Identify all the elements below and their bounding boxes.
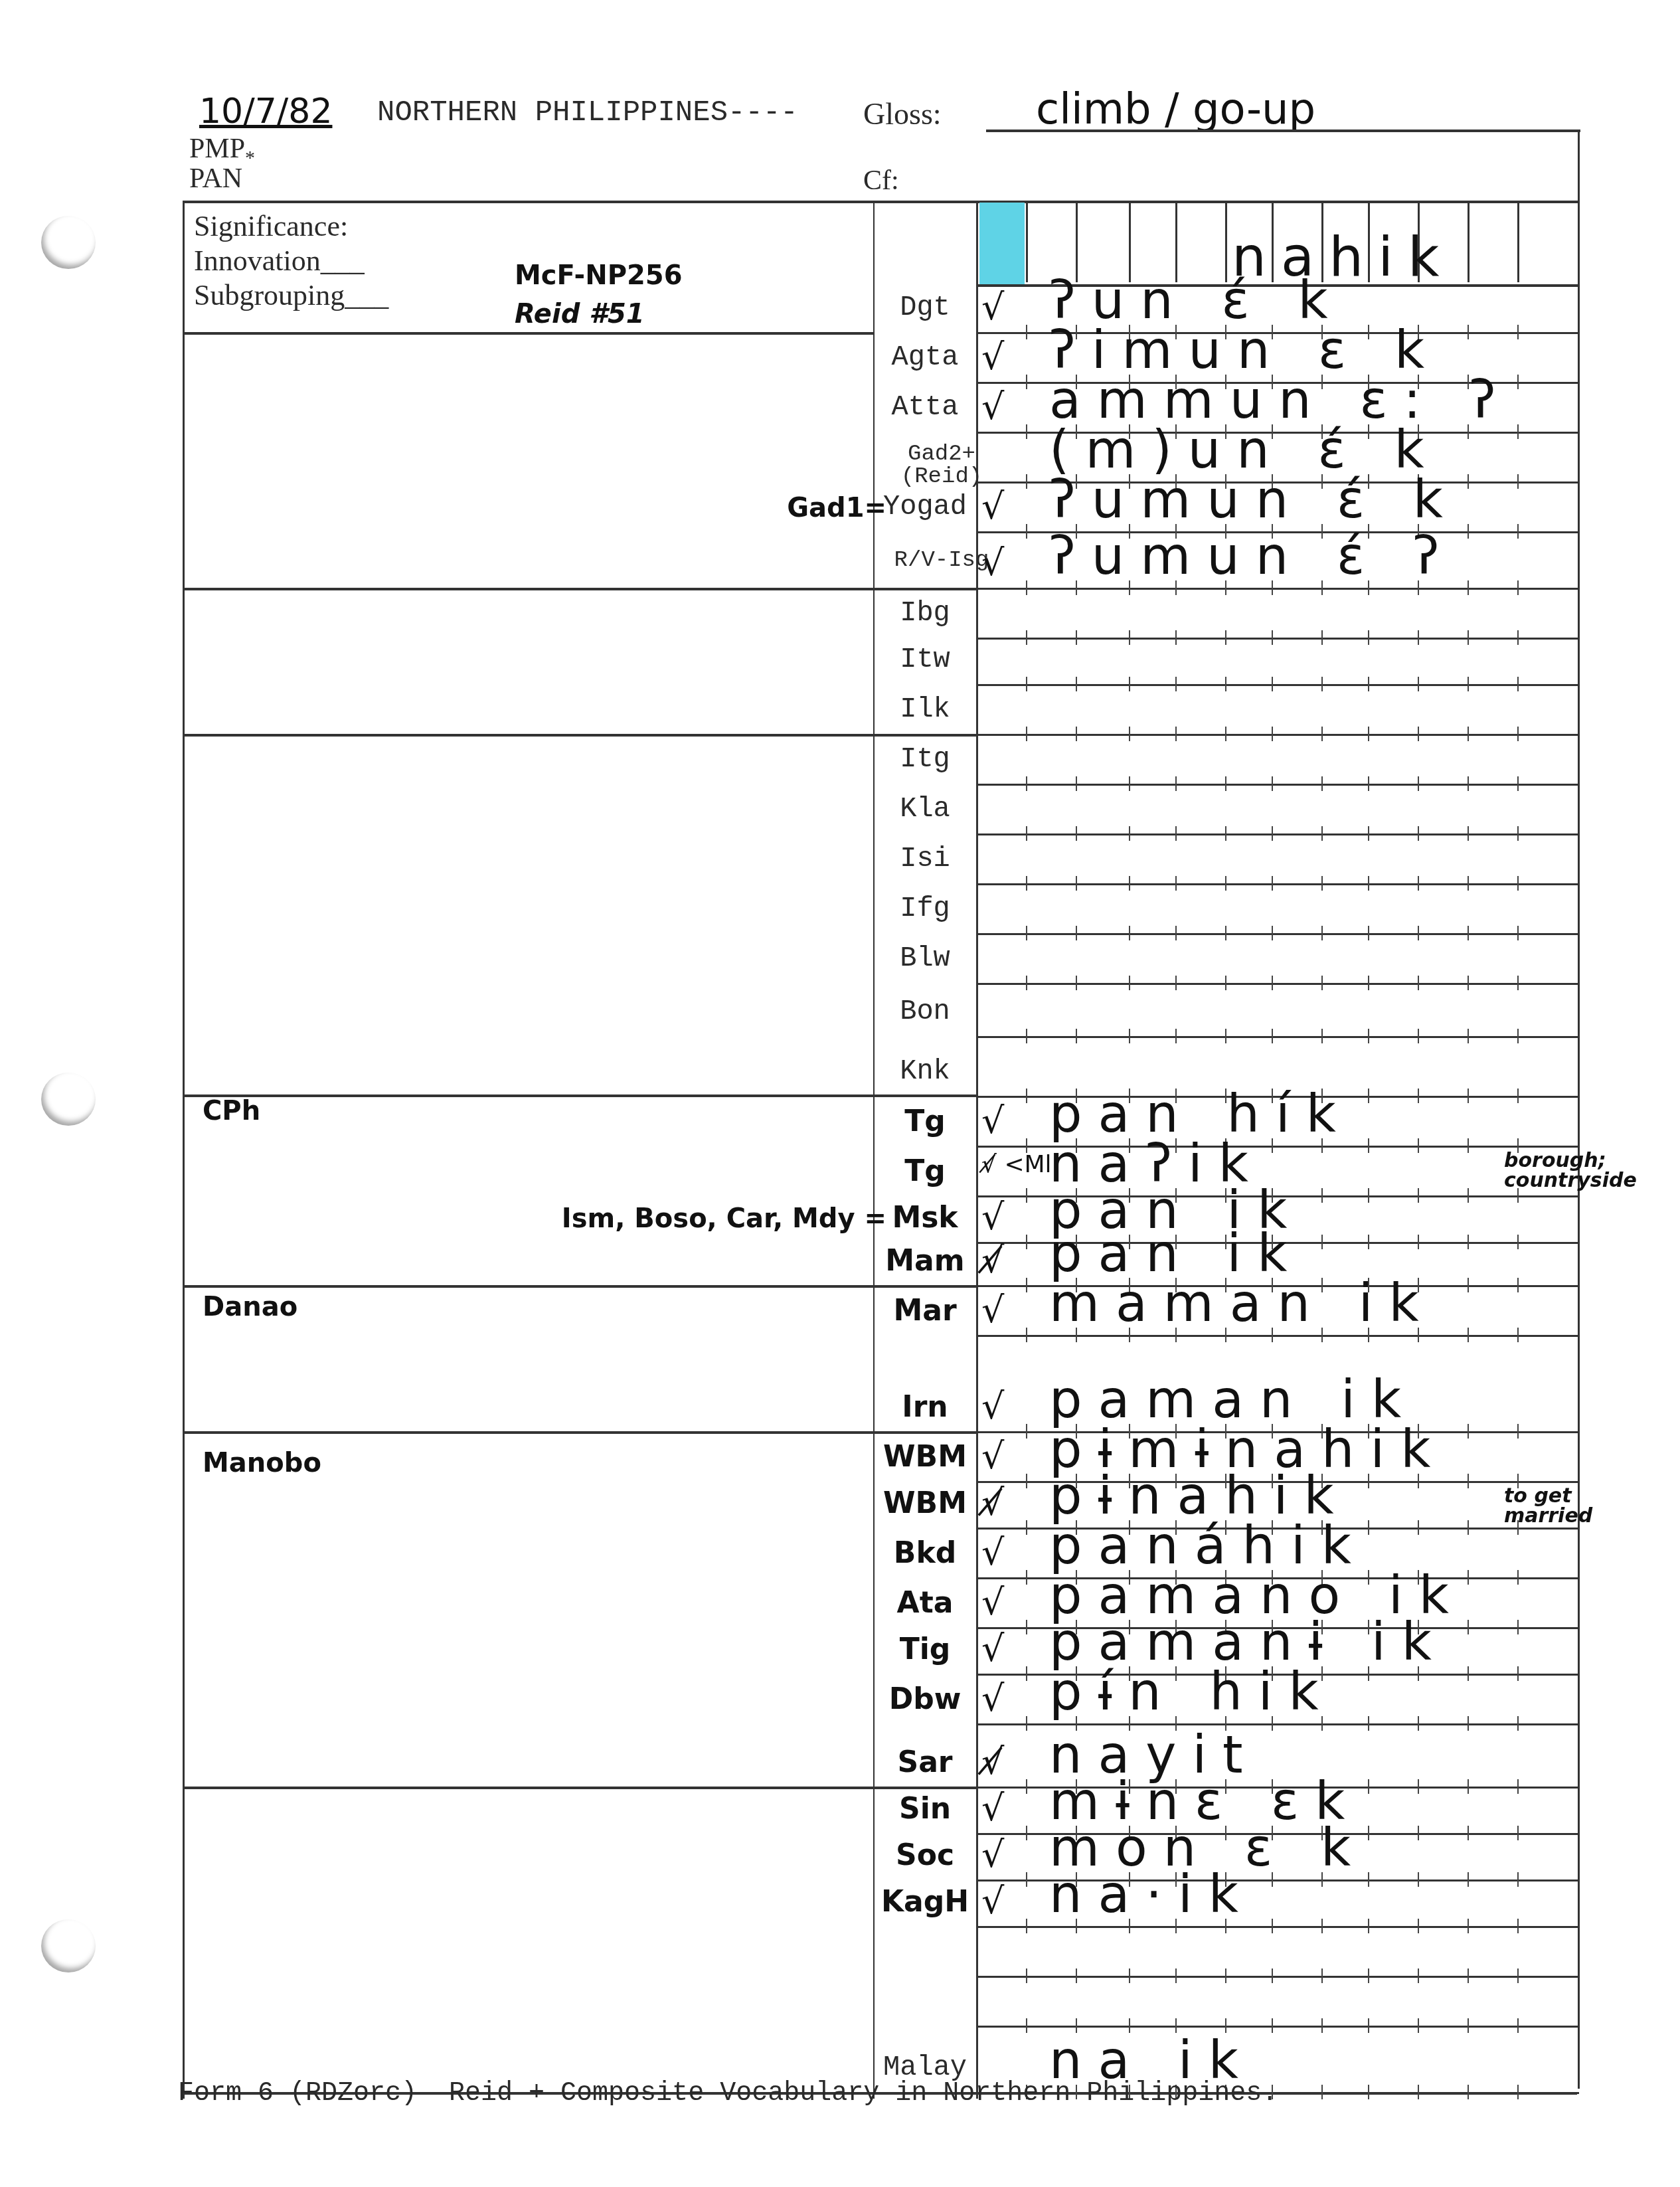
cell-tick [1368,776,1369,791]
cell-tick [1026,1235,1027,1249]
significance-block: Significance: Innovation___ Subgrouping_… [194,209,388,313]
row-line [976,1926,1579,1928]
cell-tick [1418,1968,1419,1983]
cell-tick [1272,826,1273,841]
row-line [976,2026,1579,2028]
cell-tick [1368,826,1369,841]
reflex-form: ammun ɛ: ʔ [1049,375,1511,426]
cell-tick [1026,1968,1027,1983]
cell-tick [1368,1188,1369,1203]
cell-tick [1368,630,1369,645]
cell-tick [1225,630,1226,645]
cell-tick [1418,1826,1419,1840]
cell-tick [1026,630,1027,645]
cell-tick [1517,524,1519,539]
cell-tick [1225,1029,1226,1043]
cell-tick [1321,1919,1323,1933]
cell-tick [1129,677,1130,691]
cell-tick [1026,976,1027,990]
cognate-checkmark[interactable]: √̸ [981,1744,1004,1780]
grid-column-divider [1129,203,1131,282]
language-label: Itw [875,646,975,673]
cell-tick [1368,2018,1369,2033]
cell-tick [1468,1278,1469,1292]
cell-tick [1225,776,1226,791]
cell-tick [1026,1570,1027,1585]
group-label-danao: Danao [203,1292,297,1322]
cognate-checkmark[interactable]: √ [981,290,1004,325]
cell-tick [1468,1328,1469,1342]
reflex-form: pan hík [1049,1089,1352,1140]
pmp-marker: * [245,147,255,169]
cell-tick [1368,1872,1369,1887]
cell-tick [1129,776,1130,791]
cell-tick [1418,1138,1419,1153]
cell-tick [1321,2018,1323,2033]
cell-tick [1468,580,1469,595]
cell-tick [1468,876,1469,891]
cell-tick [1272,976,1273,990]
cognate-checkmark[interactable]: √ [981,1103,1004,1139]
cell-tick [1272,677,1273,691]
row-line [976,1036,1579,1038]
cell-tick [1026,325,1027,339]
cell-tick [1468,727,1469,741]
cell-tick [1076,727,1077,741]
cell-tick [1321,826,1323,841]
cell-tick [1517,1666,1519,1681]
reflex-form: na·ik [1049,1869,1254,1921]
language-label: Yogad [875,493,975,521]
cognate-checkmark[interactable]: √ [981,339,1004,375]
reference-mcf: McF-NP256 [515,260,683,291]
cell-tick [1368,1968,1369,1983]
cell-tick [1026,1872,1027,1887]
cell-tick [1468,1872,1469,1887]
cell-tick [1368,1919,1369,1933]
cell-tick [1517,876,1519,891]
cell-tick [1026,375,1027,389]
cell-tick [1368,2085,1369,2099]
cognate-checkmark[interactable]: √̸ <Ml [981,1153,1052,1177]
language-label: Tg [875,1157,975,1186]
cell-tick [1026,474,1027,489]
cell-tick [1175,776,1177,791]
cell-tick [1517,1779,1519,1794]
cell-tick [1517,1716,1519,1731]
cell-tick [1026,1474,1027,1488]
cell-tick [1517,1235,1519,1249]
cell-tick [1468,474,1469,489]
cell-tick [1026,1826,1027,1840]
cell-tick [1468,1620,1469,1634]
gloss-label: Gloss: [863,96,942,131]
cell-tick [1175,630,1177,645]
language-label: Msk [875,1203,975,1233]
cell-tick [1368,677,1369,691]
cell-tick [1418,1089,1419,1103]
cell-tick [1468,2018,1469,2033]
cell-tick [1026,1620,1027,1634]
cell-tick [1321,776,1323,791]
language-label: Irn [875,1393,975,1422]
cell-tick [1076,677,1077,691]
cell-tick [1272,1919,1273,1933]
cell-tick [1225,1968,1226,1983]
group-divider-south [183,1787,976,1789]
cell-tick [1026,1716,1027,1731]
cognate-checkmark[interactable]: √̸ [981,1243,1004,1278]
grid-column-divider [1026,203,1028,282]
cognate-checkmark[interactable]: √ [981,1535,1004,1571]
form-title: NORTHERN PHILIPPINES---- [377,96,798,130]
language-label: Dbw [875,1685,975,1714]
language-label: Mam [875,1247,975,1276]
language-label: Kla [875,795,975,823]
cell-tick [1418,926,1419,940]
cell-tick [1026,1666,1027,1681]
cell-tick [1026,1919,1027,1933]
reflex-form: maman ik [1049,1278,1435,1330]
cell-tick [1368,876,1369,891]
cell-tick [1468,1570,1469,1585]
cognate-checkmark[interactable]: √̸ [981,1485,1004,1521]
cell-tick [1517,1278,1519,1292]
significance-title: Significance: [194,209,388,244]
cell-tick [1468,1138,1469,1153]
reflex-form: pɨ́n hik [1049,1666,1335,1718]
group-divider-manobo [183,1431,976,1434]
cell-tick [1517,1919,1519,1933]
cell-tick [1418,1716,1419,1731]
lang-column-left-border [873,201,875,2099]
pmp-text: PMP [189,133,245,164]
cell-tick [1468,1235,1469,1249]
cell-tick [1272,630,1273,645]
cell-tick [1418,1520,1419,1535]
cell-tick [1175,727,1177,741]
cell-tick [1468,1779,1469,1794]
cell-tick [1517,776,1519,791]
cell-tick [1418,976,1419,990]
cell-tick [1468,1089,1469,1103]
reflex-form: pɨnahik [1049,1470,1350,1522]
reflex-form: ʔumun ɛ́ ʔ [1049,531,1456,582]
cell-tick [1468,926,1469,940]
cell-tick [1468,776,1469,791]
cognate-checkmark[interactable]: √ [981,1439,1004,1474]
cell-tick [1076,1968,1077,1983]
cell-tick [1368,1029,1369,1043]
row-line [976,933,1579,935]
cell-tick [1368,727,1369,741]
reflex-form: ʔun ɛ́ k [1049,275,1344,327]
subgrouping-label: Subgrouping___ [194,278,388,313]
cell-tick [1175,926,1177,940]
cell-tick [1468,1474,1469,1488]
cognate-checkmark[interactable]: √ [981,1681,1004,1717]
cognate-checkmark[interactable]: √ [981,1199,1004,1235]
grid-column-divider [1517,203,1519,282]
cell-tick [1321,976,1323,990]
cognate-checkmark[interactable]: √ [981,1292,1004,1328]
cell-tick [1026,580,1027,595]
cell-tick [1076,826,1077,841]
row-line [976,983,1579,985]
grid-column-divider [1468,203,1470,282]
cell-tick [1026,727,1027,741]
language-label: WBM [875,1443,975,1472]
innovation-label: Innovation___ [194,244,388,278]
cell-tick [1517,2018,1519,2033]
cell-tick [1026,524,1027,539]
table-top-border [183,201,1580,203]
cell-tick [1468,325,1469,339]
language-label: Isi [875,845,975,873]
cell-tick [1026,1278,1027,1292]
cell-tick [1517,1968,1519,1983]
cell-tick [1129,826,1130,841]
cell-tick [1076,776,1077,791]
cell-tick [1225,826,1226,841]
row-line [976,684,1579,686]
language-label: Malay [875,2054,975,2081]
cell-tick [1468,524,1469,539]
cell-tick [1175,976,1177,990]
cell-tick [1368,1520,1369,1535]
cell-tick [1517,1872,1519,1887]
cell-tick [1517,424,1519,439]
language-label: Bon [875,998,975,1025]
grid-column-divider [1076,203,1078,282]
cf-label: Cf: [863,165,899,197]
reflex-form: (m)un ɛ́ k [1049,424,1440,476]
cell-tick [1175,1968,1177,1983]
cell-tick [1468,1424,1469,1439]
cell-tick [1517,580,1519,595]
binder-hole-middle [41,1073,96,1126]
row-line [976,883,1579,885]
gloss-underline [986,130,1580,132]
cell-tick [1026,826,1027,841]
cell-tick [1129,976,1130,990]
cell-tick [1517,1620,1519,1634]
grid-column-divider [1175,203,1177,282]
language-label: Knk [875,1057,975,1085]
cell-tick [1368,1716,1369,1731]
cell-tick [1517,926,1519,940]
cell-tick [1418,630,1419,645]
cell-tick [1175,826,1177,841]
cell-tick [1418,727,1419,741]
cell-tick [1418,776,1419,791]
cell-tick [1418,2085,1419,2099]
cell-tick [1321,1188,1323,1203]
cognate-checkmark[interactable]: √ [981,1389,1004,1425]
cell-tick [1225,677,1226,691]
cell-tick [1468,1520,1469,1535]
cell-tick [1517,1089,1519,1103]
cell-tick [1468,826,1469,841]
binder-hole-top [41,216,96,269]
binder-hole-bottom [41,1919,96,1972]
cell-tick [1321,1235,1323,1249]
cell-tick [1076,976,1077,990]
cell-tick [1272,876,1273,891]
row-line [976,588,1579,590]
group-divider-1 [183,588,976,590]
cell-tick [1129,727,1130,741]
cell-tick [1418,1235,1419,1249]
language-label: Tig [875,1635,975,1664]
language-label: Itg [875,745,975,773]
cell-tick [1468,1919,1469,1933]
cell-tick [1026,1779,1027,1794]
cell-tick [1225,926,1226,940]
reflex-form: panáhik [1049,1520,1367,1572]
cell-tick [1368,926,1369,940]
language-label: Ibg [875,599,975,627]
form-right-border [1578,130,1580,2089]
cell-tick [1272,1968,1273,1983]
cell-tick [1517,1570,1519,1585]
cell-tick [1026,1328,1027,1342]
cell-tick [1026,1520,1027,1535]
row-line [976,1335,1579,1337]
table-left-border [183,201,185,2099]
cell-tick [1321,677,1323,691]
cell-tick [1418,1188,1419,1203]
cognate-checkmark[interactable]: √ [981,389,1004,425]
cell-tick [1129,1029,1130,1043]
grid-column-divider [1225,203,1227,282]
cell-tick [1272,1029,1273,1043]
cell-tick [1076,630,1077,645]
cell-tick [1468,1826,1469,1840]
form-footer: Form 6 (RDZorc) Reid + Composite Vocabul… [178,2079,1278,2109]
cell-tick [1321,630,1323,645]
cognate-checkmark[interactable]: √ [981,1791,1004,1826]
cell-tick [1468,677,1469,691]
cell-tick [1076,926,1077,940]
language-alias: Gad1= [787,493,886,523]
cell-tick [1468,1029,1469,1043]
language-label: Dgt [875,294,975,321]
gloss-value[interactable]: climb / go-up [1036,85,1315,134]
group-label-cph: CPh [203,1096,260,1126]
cognate-checkmark[interactable]: √ [981,489,1004,525]
cell-tick [1468,1188,1469,1203]
cell-tick [1225,976,1226,990]
cognate-checkmark[interactable]: √ [981,1631,1004,1667]
cell-tick [1129,876,1130,891]
cell-tick [1418,1029,1419,1043]
highlight-cell [979,203,1025,286]
language-label: Sin [875,1794,975,1824]
cell-tick [1517,474,1519,489]
row-line [976,1976,1579,1978]
cell-tick [1418,2018,1419,2033]
cell-tick [1468,976,1469,990]
cell-tick [1026,1188,1027,1203]
reference-reid: Reid #51 [515,299,645,329]
cell-tick [1517,727,1519,741]
cell-tick [1418,876,1419,891]
language-label: Ata [875,1589,975,1618]
cell-tick [1418,1919,1419,1933]
cell-tick [1517,1424,1519,1439]
cell-tick [1368,1779,1369,1794]
row-line [976,734,1579,736]
cognate-checkmark[interactable]: √ [981,1585,1004,1620]
cell-tick [1517,976,1519,990]
cell-tick [1517,630,1519,645]
language-label: Ifg [875,895,975,922]
cell-tick [1225,727,1226,741]
cell-tick [1368,1089,1369,1103]
row-line [976,638,1579,640]
cell-tick [1517,677,1519,691]
cell-tick [1468,1666,1469,1681]
cognate-checkmark[interactable]: √ [981,1837,1004,1873]
group-divider-2 [183,734,976,737]
cell-tick [1225,876,1226,891]
language-label: Atta [875,393,975,421]
language-label: Agta [875,343,975,371]
cell-tick [1517,826,1519,841]
cell-tick [1272,727,1273,741]
cell-tick [1517,2085,1519,2099]
cognate-checkmark[interactable]: √ [981,545,1004,581]
group-divider-danao [183,1285,976,1288]
cell-tick [1026,1089,1027,1103]
reflex-form: ʔimun ɛ k [1049,325,1440,377]
cell-tick [1418,826,1419,841]
language-label: Gad2+(Reid) [875,443,1008,488]
cell-tick [1272,926,1273,940]
language-label: Soc [875,1841,975,1870]
cell-tick [1272,2018,1273,2033]
cell-tick [1321,2085,1323,2099]
reflex-form: pan ik [1049,1228,1303,1280]
cognate-checkmark[interactable]: √ [981,1883,1004,1919]
cell-tick [1517,1328,1519,1342]
cell-tick [1272,776,1273,791]
cell-tick [1026,2018,1027,2033]
cell-tick [1321,1968,1323,1983]
cell-tick [1418,677,1419,691]
language-label: Sar [875,1748,975,1777]
cell-tick [1321,1029,1323,1043]
cell-tick [1368,976,1369,990]
row-line [976,784,1579,786]
reflex-form: paman ik [1049,1374,1417,1426]
cell-tick [1076,1029,1077,1043]
cell-tick [1175,876,1177,891]
group-label-manobo: Manobo [203,1448,321,1478]
cell-tick [1026,876,1027,891]
cell-tick [1129,926,1130,940]
language-label: Mar [875,1296,975,1326]
cell-tick [1026,776,1027,791]
language-label: Bkd [875,1539,975,1568]
reflex-form: ʔumun ɛ́ k [1049,474,1459,526]
cell-tick [1517,375,1519,389]
date: 10/7/82 [199,92,332,131]
language-label: Ilk [875,695,975,723]
cell-tick [1468,2085,1469,2099]
language-label: Tg [875,1107,975,1136]
